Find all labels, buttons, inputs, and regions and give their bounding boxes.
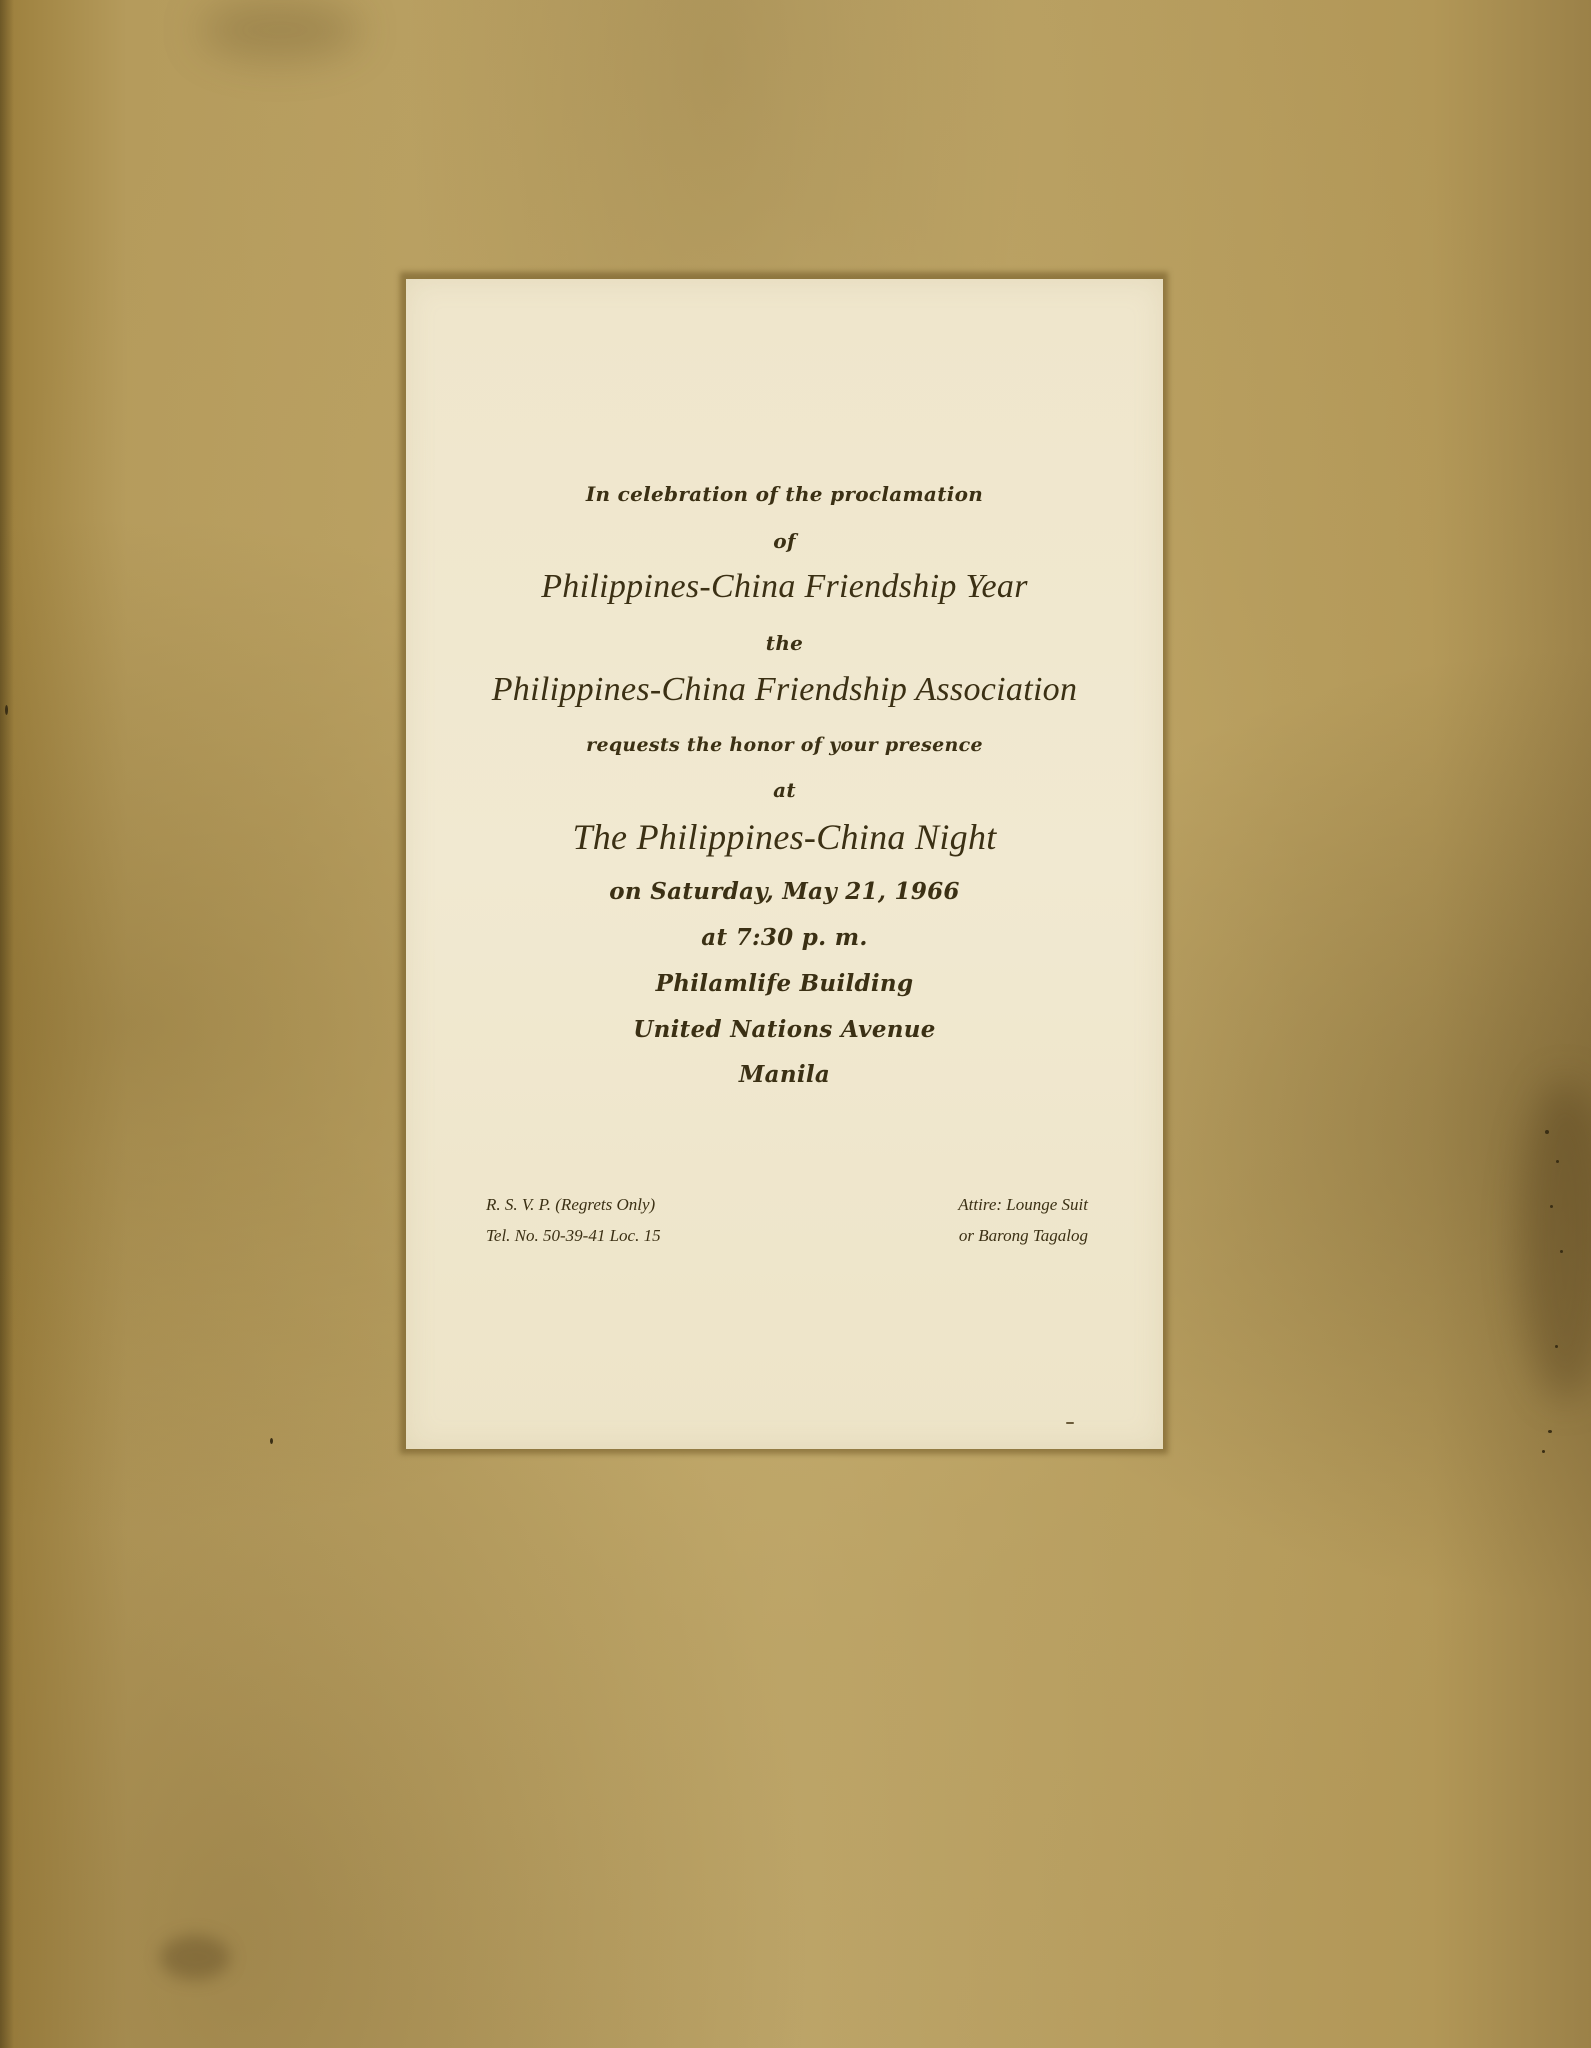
speck (1542, 1450, 1545, 1453)
venue-name: Philamlife Building (406, 970, 1163, 997)
speck (1550, 1205, 1553, 1208)
telephone-line: Tel. No. 50-39-41 Loc. 15 (486, 1220, 661, 1251)
speck (1545, 1130, 1549, 1134)
attire-line-2: or Barong Tagalog (958, 1220, 1088, 1251)
speck (270, 1438, 273, 1444)
of-line: of (406, 529, 1163, 553)
rsvp-line: R. S. V. P. (Regrets Only) (486, 1189, 661, 1220)
speck (1548, 1430, 1552, 1433)
event-name: The Philippines-China Night (406, 816, 1163, 858)
invitation-card: In celebration of the proclamation of Ph… (406, 279, 1163, 1449)
speck (5, 705, 8, 715)
association-name: Philippines-China Friendship Association (406, 671, 1163, 709)
rsvp-block: R. S. V. P. (Regrets Only) Tel. No. 50-3… (486, 1189, 661, 1251)
friendship-year-title: Philippines-China Friendship Year (406, 568, 1163, 606)
attire-line-1: Attire: Lounge Suit (958, 1189, 1088, 1220)
speck (1560, 1250, 1563, 1253)
event-date: on Saturday, May 21, 1966 (406, 878, 1163, 905)
venue-city: Manila (406, 1061, 1163, 1088)
speck (1555, 1345, 1558, 1348)
at-line: at (406, 778, 1163, 802)
speck (1556, 1160, 1559, 1163)
backing-left-edge-shadow (0, 0, 14, 2048)
venue-street: United Nations Avenue (406, 1016, 1163, 1043)
request-line: requests the honor of your presence (406, 734, 1163, 756)
stain-bottom-left (160, 1935, 230, 1980)
intro-line: In celebration of the proclamation (406, 482, 1163, 506)
attire-block: Attire: Lounge Suit or Barong Tagalog (958, 1189, 1088, 1251)
card-mark (1066, 1422, 1074, 1424)
event-time: at 7:30 p. m. (406, 924, 1163, 951)
the-line: the (406, 631, 1163, 655)
stain-top (200, 0, 360, 60)
